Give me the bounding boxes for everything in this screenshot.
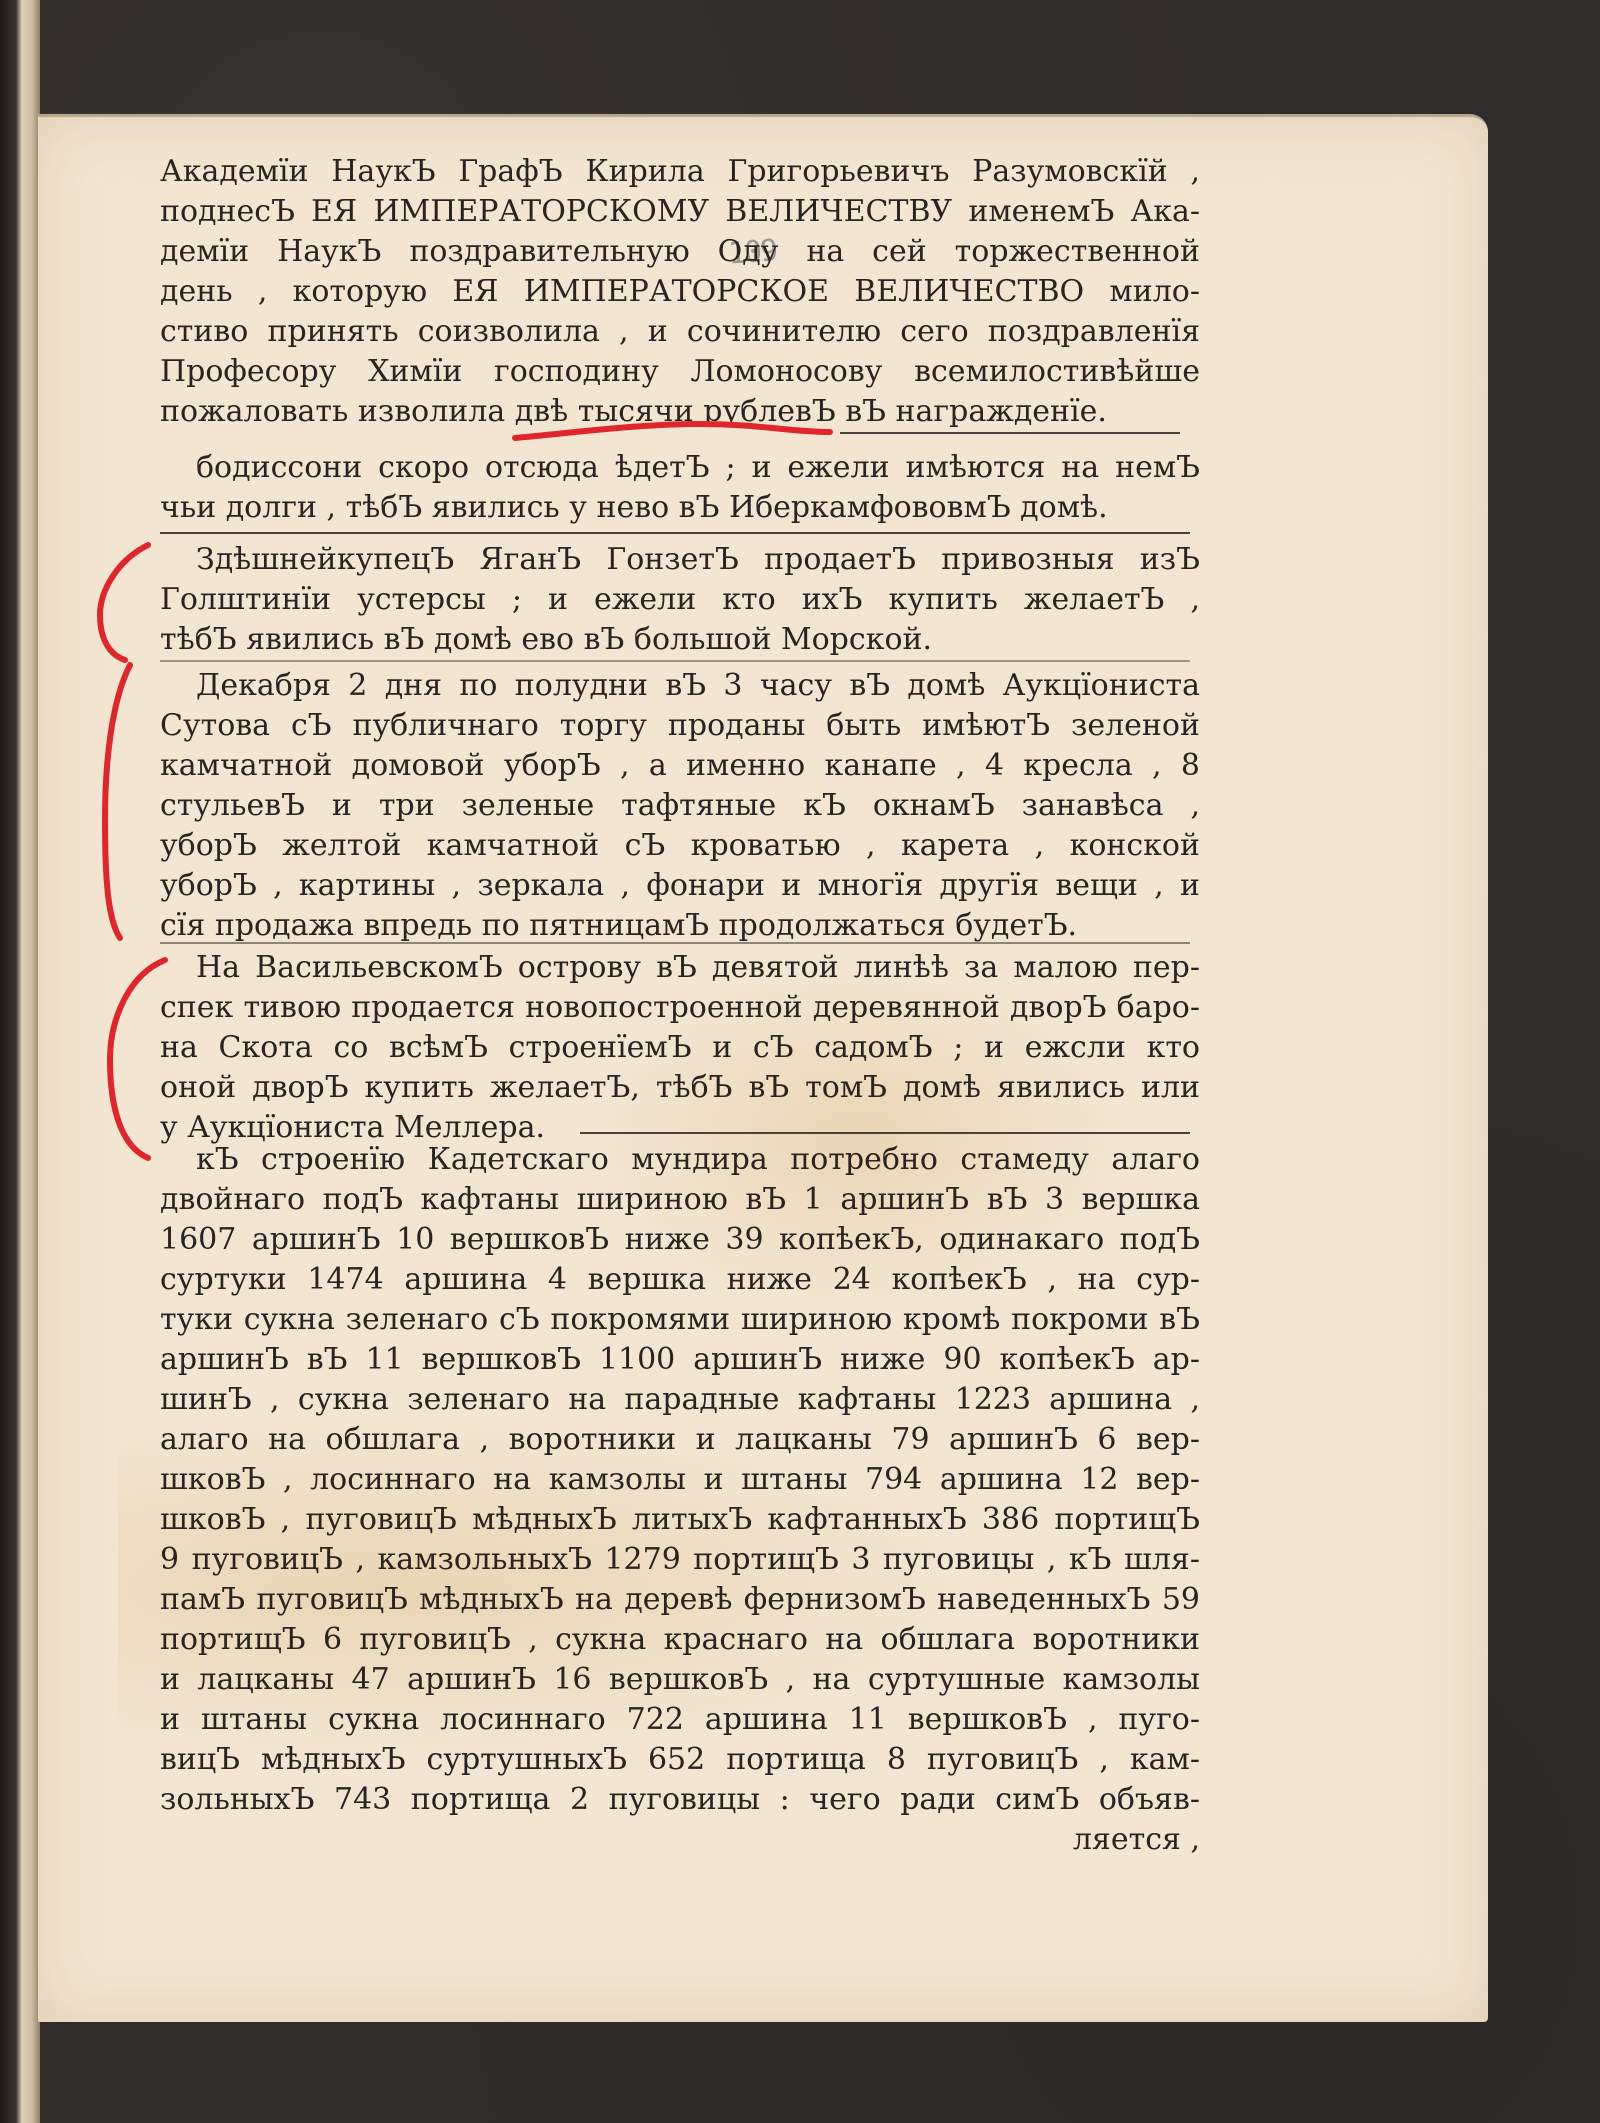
red-bracket-auction	[105, 665, 130, 938]
red-annotations	[0, 0, 1600, 2123]
red-bracket-vasilyevsky	[110, 960, 165, 1158]
red-underline	[515, 424, 830, 438]
red-bracket-oysters	[100, 545, 148, 660]
